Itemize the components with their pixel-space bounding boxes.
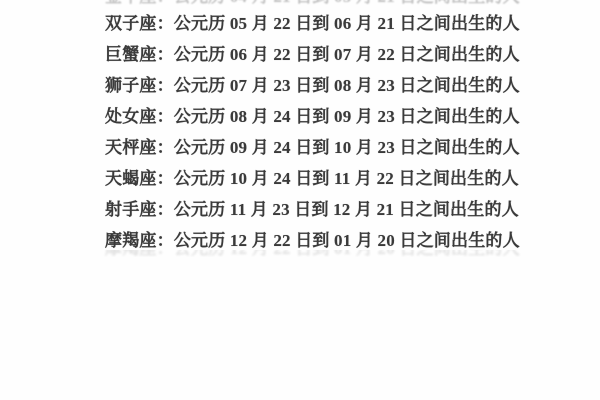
zodiac-line-scorpio: 天蝎座：公元历 10 月 24 日到 11 月 22 日之间出生的人: [105, 169, 519, 188]
zodiac-line-sagittarius: 射手座：公元历 11 月 23 日到 12 月 21 日之间出生的人: [105, 200, 519, 219]
zodiac-line-cancer: 巨蟹座：公元历 06 月 22 日到 07 月 22 日之间出生的人: [105, 45, 520, 64]
zodiac-line-capricorn: 摩羯座：公元历 12 月 22 日到 01 月 20 日之间出生的人: [105, 231, 520, 250]
ghost-text-echo: 摩羯座：公元历 12 月 22 日到 01 月 20 日之间出生的人: [105, 250, 520, 257]
zodiac-line-virgo: 处女座：公元历 08 月 24 日到 09 月 23 日之间出生的人: [105, 107, 520, 126]
zodiac-line-libra: 天枰座：公元历 09 月 24 日到 10 月 23 日之间出生的人: [105, 138, 520, 157]
zodiac-date-table: 金牛座：公元历 04 月 21 日到 05 月 21 日之间出生的人 双子座：公…: [0, 0, 600, 400]
zodiac-line-gemini: 双子座：公元历 05 月 22 日到 06 月 21 日之间出生的人: [105, 14, 520, 33]
zodiac-line-leo: 狮子座：公元历 07 月 23 日到 08 月 23 日之间出生的人: [105, 76, 520, 95]
jpeg-ghost-artifact: 摩羯座：公元历 12 月 22 日到 01 月 20 日之间出生的人: [0, 250, 600, 257]
cropped-top-text-line: 金牛座：公元历 04 月 21 日到 05 月 21 日之间出生的人: [105, 0, 520, 6]
